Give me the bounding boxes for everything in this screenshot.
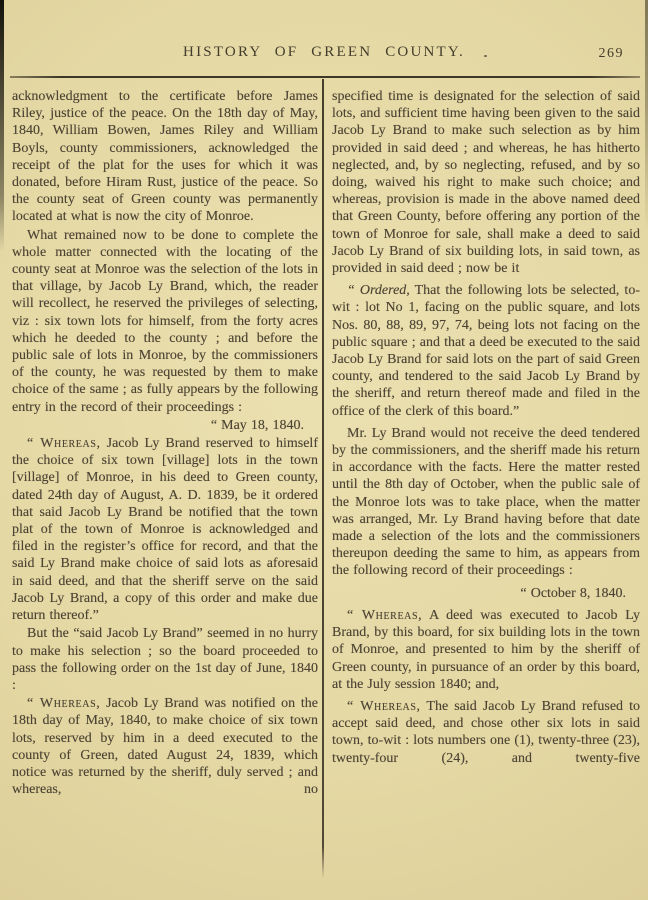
left-text-column: acknowledgment to the certificate before… [12, 88, 318, 798]
right-text-column: specified time is designated for the sel… [332, 88, 640, 767]
date-line: “ October 8, 1840. [332, 585, 640, 602]
paragraph-lead: “ Whereas, [347, 699, 421, 714]
date-line: “ May 18, 1840. [12, 417, 318, 434]
paragraph: “ Whereas, The said Jacob Ly Brand refus… [332, 698, 640, 767]
ink-speck [484, 55, 487, 57]
paragraph: “ Whereas, Jacob Ly Brand reserved to hi… [12, 435, 318, 624]
paragraph: But the “said Jacob Ly Brand” seemed in … [12, 625, 318, 694]
paragraph-lead: “ Whereas, [27, 436, 101, 451]
paragraph: acknowledgment to the certificate before… [12, 88, 318, 226]
scan-edge-left [0, 0, 4, 252]
paragraph: “ Ordered, That the following lots be se… [332, 282, 640, 420]
column-divider-rule [322, 79, 324, 878]
paragraph: What remained now to be done to complete… [12, 227, 318, 416]
page-header-title: HISTORY OF GREEN COUNTY. [0, 44, 648, 61]
paragraph-lead: “ Whereas, [27, 696, 100, 711]
paragraph-lead: “ Whereas, [347, 608, 422, 623]
header-rule [10, 76, 640, 78]
page-number: 269 [599, 46, 625, 62]
paragraph: “ Whereas, Jacob Ly Brand was notified o… [12, 695, 318, 798]
paragraph: Mr. Ly Brand would not receive the deed … [332, 425, 640, 580]
paragraph-lead: “ Ordered, [347, 283, 410, 298]
paragraph: specified time is designated for the sel… [332, 88, 640, 277]
paragraph: “ Whereas, A deed was executed to Jacob … [332, 607, 640, 693]
book-page: HISTORY OF GREEN COUNTY. 269 acknowledgm… [0, 0, 648, 900]
